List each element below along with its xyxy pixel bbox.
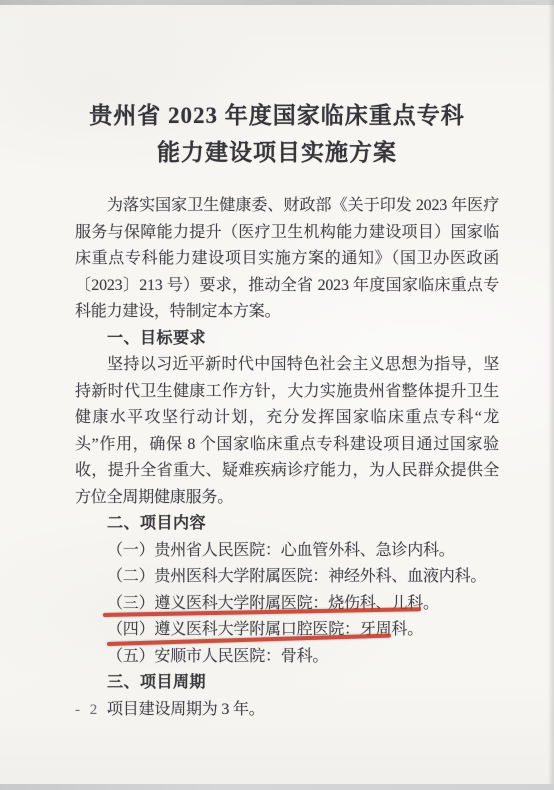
section-heading-contents: 二、项目内容 — [75, 511, 499, 538]
period-paragraph: 项目建设周期为 3 年。 — [75, 697, 499, 724]
project-item-4: （四）遵义医科大学附属口腔医院：牙周科。 — [75, 617, 499, 644]
project-item-4-text: （四）遵义医科大学附属口腔医院：牙周科。 — [107, 621, 423, 638]
document-body: 为落实国家卫生健康委、财政部《关于印发 2023 年医疗服务与保障能力提升（医疗… — [75, 193, 499, 723]
scan-edge-bottom — [0, 784, 554, 790]
project-item-1: （一）贵州省人民医院：心血管外科、急诊内科。 — [75, 538, 499, 565]
scan-edge-top — [0, 0, 554, 5]
section-heading-goals: 一、目标要求 — [75, 326, 499, 353]
project-item-2: （二）贵州医科大学附属医院：神经外科、血液内科。 — [75, 564, 499, 591]
page-number: - 2 - — [75, 702, 115, 719]
project-item-3-text: （三）遵义医科大学附属医院：烧伤科、儿科。 — [107, 595, 439, 612]
goals-paragraph: 坚持以习近平新时代中国特色社会主义思想为指导，坚持新时代卫生健康工作方针，大力实… — [75, 352, 499, 511]
intro-paragraph: 为落实国家卫生健康委、财政部《关于印发 2023 年医疗服务与保障能力提升（医疗… — [75, 193, 499, 326]
project-item-5-text: （五）安顺市人民医院：骨科。 — [107, 648, 328, 665]
document-title: 贵州省 2023 年度国家临床重点专科 能力建设项目实施方案 — [0, 97, 554, 171]
scanned-document-page: 贵州省 2023 年度国家临床重点专科 能力建设项目实施方案 为落实国家卫生健康… — [0, 0, 554, 790]
project-item-5: （五）安顺市人民医院：骨科。 — [75, 644, 499, 671]
document-title-line1: 贵州省 2023 年度国家临床重点专科 — [0, 97, 554, 134]
project-item-1-text: （一）贵州省人民医院：心血管外科、急诊内科。 — [107, 542, 455, 559]
project-item-2-text: （二）贵州医科大学附属医院：神经外科、血液内科。 — [107, 568, 486, 585]
document-title-line2: 能力建设项目实施方案 — [0, 134, 554, 171]
section-heading-period: 三、项目周期 — [75, 670, 499, 697]
project-item-3: （三）遵义医科大学附属医院：烧伤科、儿科。 — [75, 591, 499, 618]
scan-edge-right — [548, 0, 554, 790]
